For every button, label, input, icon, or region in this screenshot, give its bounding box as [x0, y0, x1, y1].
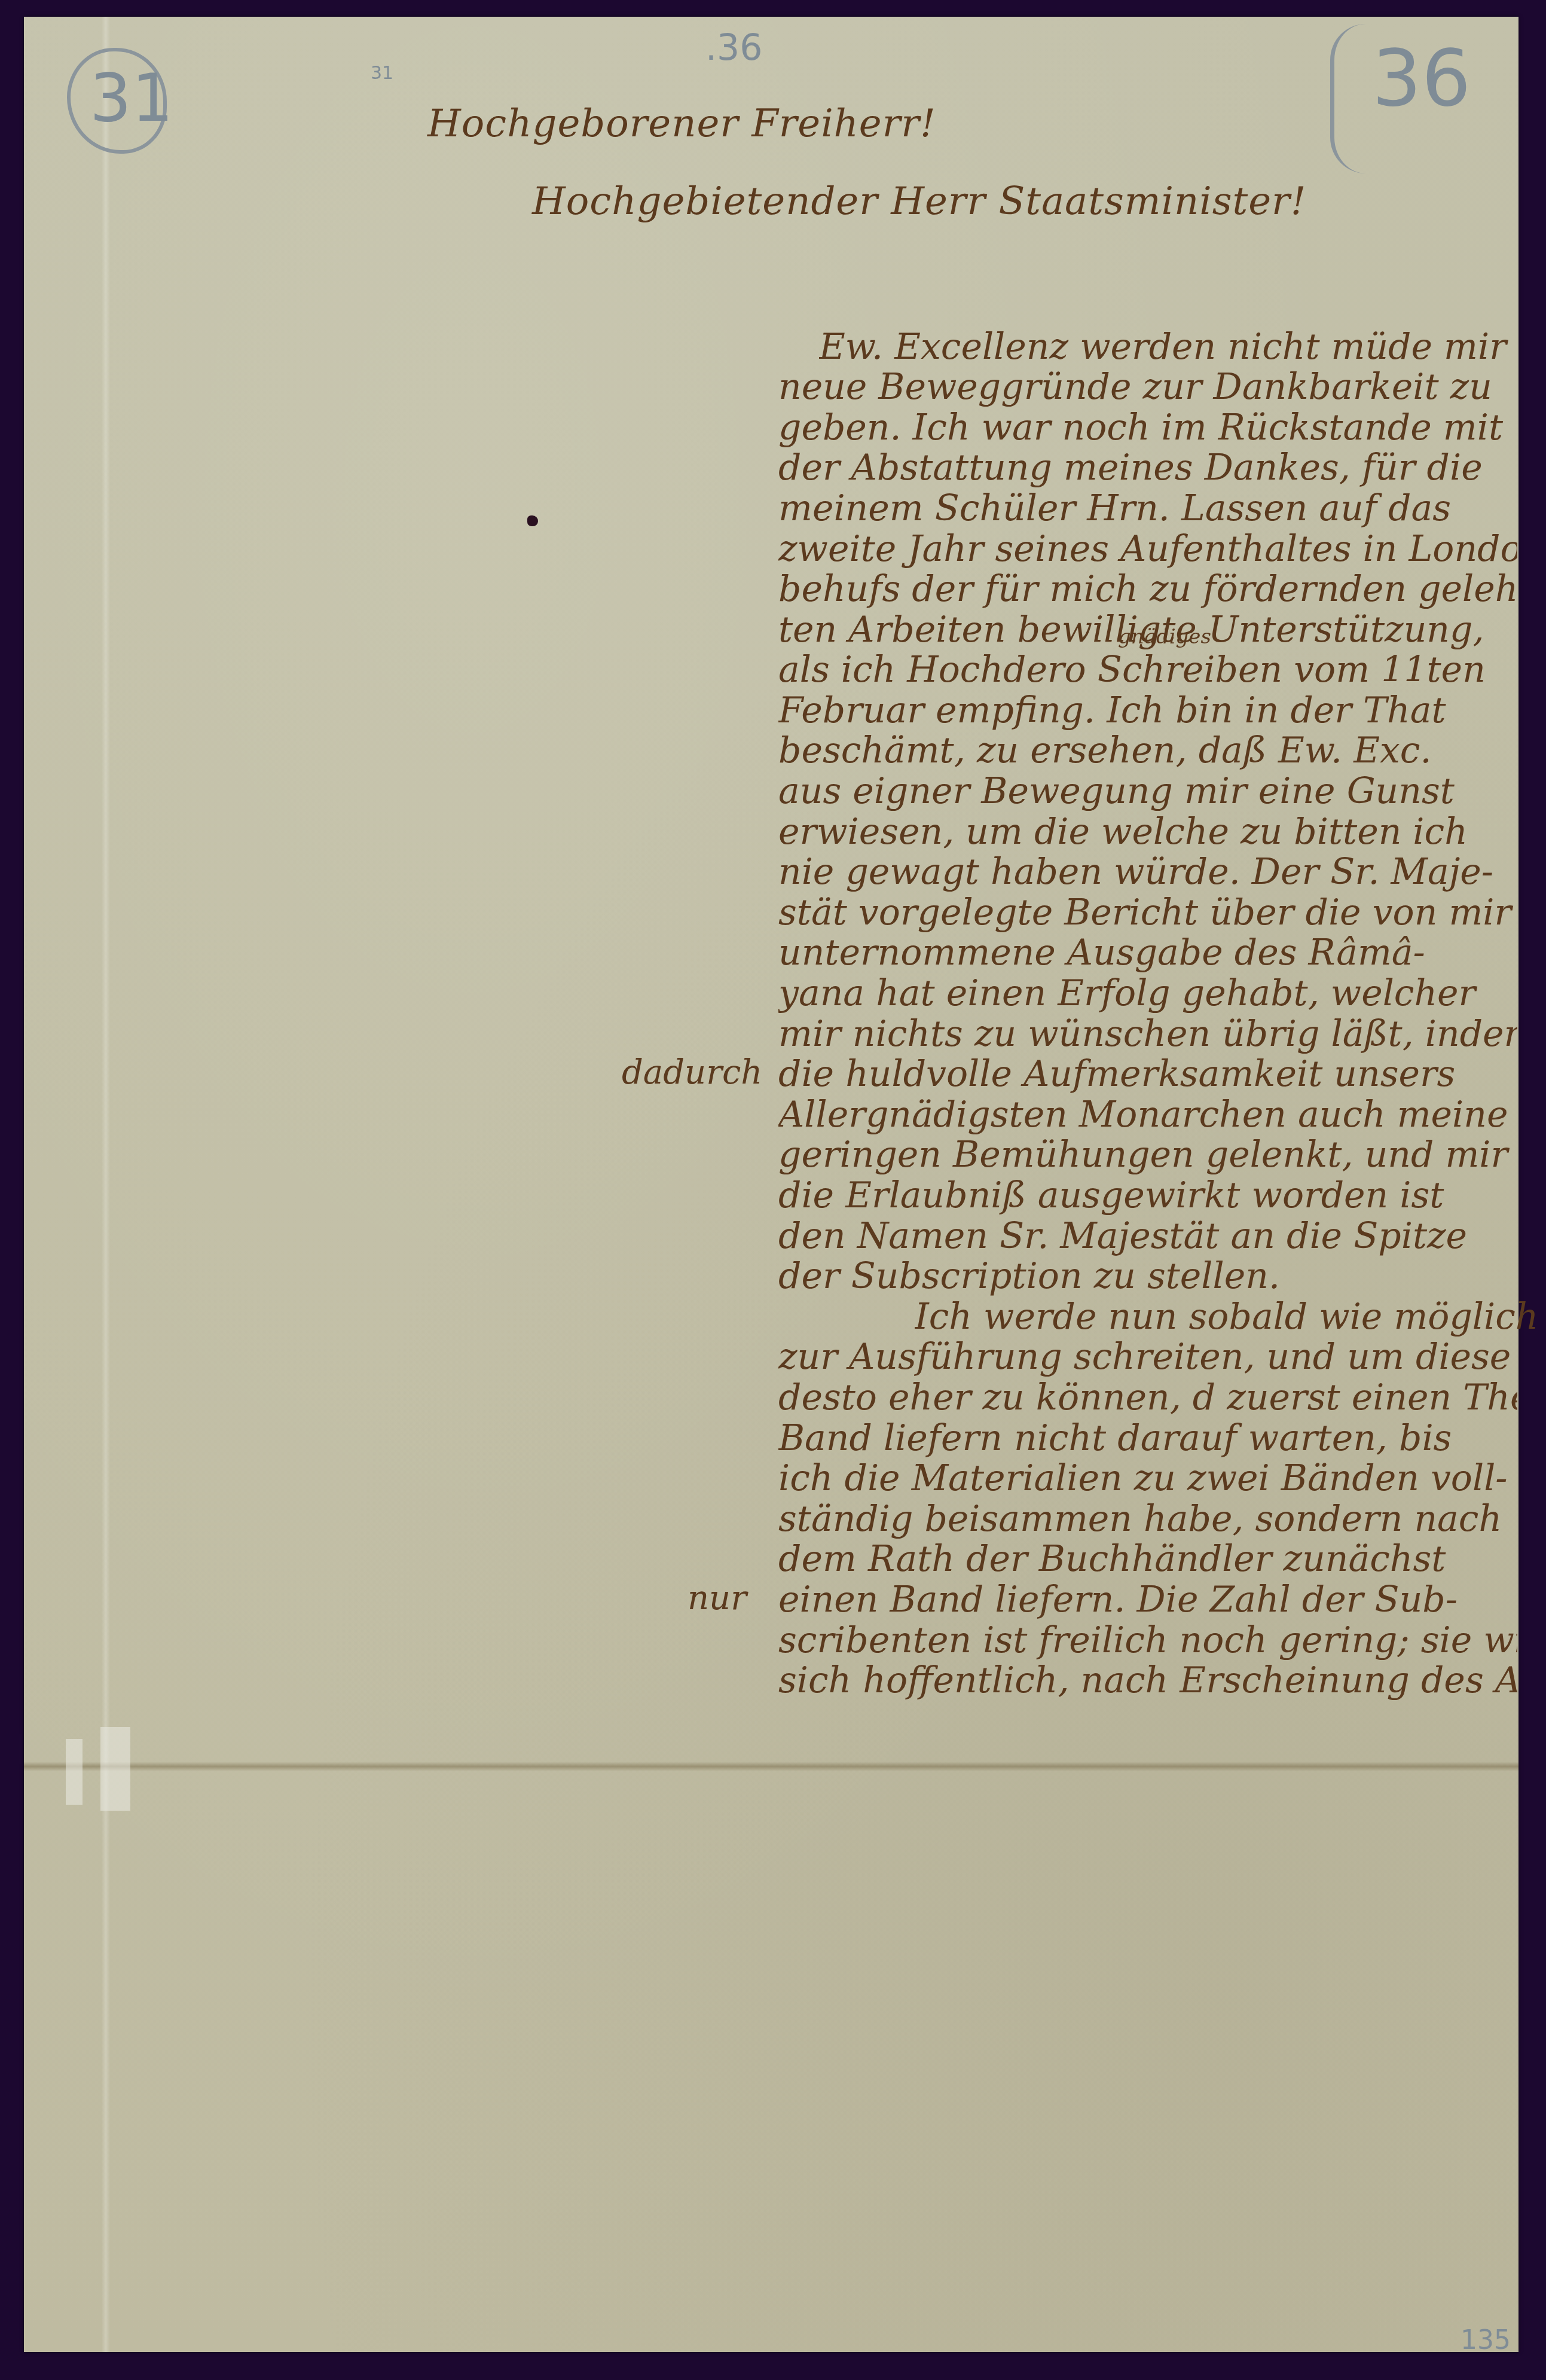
ink-blot: [527, 515, 538, 526]
body-line: beschämt, zu ersehen, daß Ew. Exc.: [778, 730, 1517, 771]
repair-tape: [100, 1727, 130, 1811]
body-line: der Subscription zu stellen.: [778, 1255, 1517, 1297]
body-line: mir nichts zu wünschen übrig läßt, indem: [778, 1013, 1517, 1055]
body-line: yana hat einen Erfolg gehabt, welcher: [778, 972, 1517, 1014]
body-line: aus eigner Bewegung mir eine Gunst: [778, 770, 1517, 812]
body-line: nie gewagt haben würde. Der Sr. Maje-: [778, 851, 1517, 893]
body-line: der Abstattung meines Dankes, für die: [778, 447, 1517, 489]
body-line: erwiesen, um die welche zu bitten ich: [778, 811, 1517, 853]
margin-note: dadurch: [622, 1053, 762, 1092]
repair-tape: [66, 1739, 83, 1805]
salutation-line-2: Hochgebietender Herr Staatsminister!: [532, 179, 1306, 224]
body-line: geben. Ich war noch im Rückstande mit: [778, 407, 1517, 448]
body-line: einen Band liefern. Die Zahl der Sub-: [778, 1579, 1517, 1621]
margin-note: nur: [688, 1579, 747, 1618]
body-line: zur Ausführung schreiten, und um diese: [778, 1336, 1517, 1378]
body-line: Februar empfing. Ich bin in der That: [778, 689, 1517, 731]
body-line: Ich werde nun sobald wie möglich: [915, 1296, 1546, 1338]
body-line: Ew. Excellenz werden nicht müde mir: [819, 326, 1546, 368]
folio-number: 135: [1461, 2325, 1511, 2355]
body-line: neue Beweggründe zur Dankbarkeit zu: [778, 366, 1517, 408]
body-line: meinem Schüler Hrn. Lassen auf das: [778, 487, 1517, 529]
body-line: die Erlaubniß ausgewirkt worden ist: [778, 1174, 1517, 1216]
body-line: die huldvolle Aufmerksamkeit unsers: [778, 1053, 1517, 1095]
body-line: Band liefern nicht darauf warten, bis: [778, 1417, 1517, 1459]
body-line: zweite Jahr seines Aufenthaltes in Londo…: [778, 528, 1517, 570]
body-line: als ich Hochdero Schreiben vom 11ten: [778, 649, 1517, 691]
body-line: ständig beisammen habe, sondern nach: [778, 1498, 1517, 1540]
body-line: desto eher zu können, d zuerst einen The…: [778, 1377, 1517, 1418]
salutation-line-1: Hochgeborener Freiherr!: [427, 102, 936, 146]
small-number-top: .36: [705, 27, 762, 69]
body-line: scribenten ist freilich noch gering; sie…: [778, 1619, 1517, 1661]
body-line: ich die Materialien zu zwei Bänden voll-: [778, 1457, 1517, 1499]
bracketed-number: 36: [1372, 33, 1471, 124]
body-line: sich hoffentlich, nach Erscheinung des A…: [778, 1659, 1517, 1701]
body-line: behufs der für mich zu fördernden gelehr…: [778, 568, 1517, 610]
horizontal-fold: [24, 1762, 1518, 1771]
body-line: den Namen Sr. Majestät an die Spitze: [778, 1215, 1517, 1257]
interlinear-insertion: gnädiges: [1118, 625, 1211, 649]
body-line: geringen Bemühungen gelenkt, und mir: [778, 1134, 1517, 1176]
body-line: stät vorgelegte Bericht über die von mir: [778, 892, 1517, 933]
paper-tear: [0, 1734, 22, 1764]
body-line: Allergnädigsten Monarchen auch meine: [778, 1094, 1517, 1136]
circled-number: 31: [90, 60, 173, 136]
body-line: unternommene Ausgabe des Râmâ-: [778, 932, 1517, 974]
small-number-left: 31: [371, 63, 393, 84]
body-line: dem Rath der Buchhändler zunächst: [778, 1538, 1517, 1580]
vertical-crease: [102, 17, 110, 2352]
